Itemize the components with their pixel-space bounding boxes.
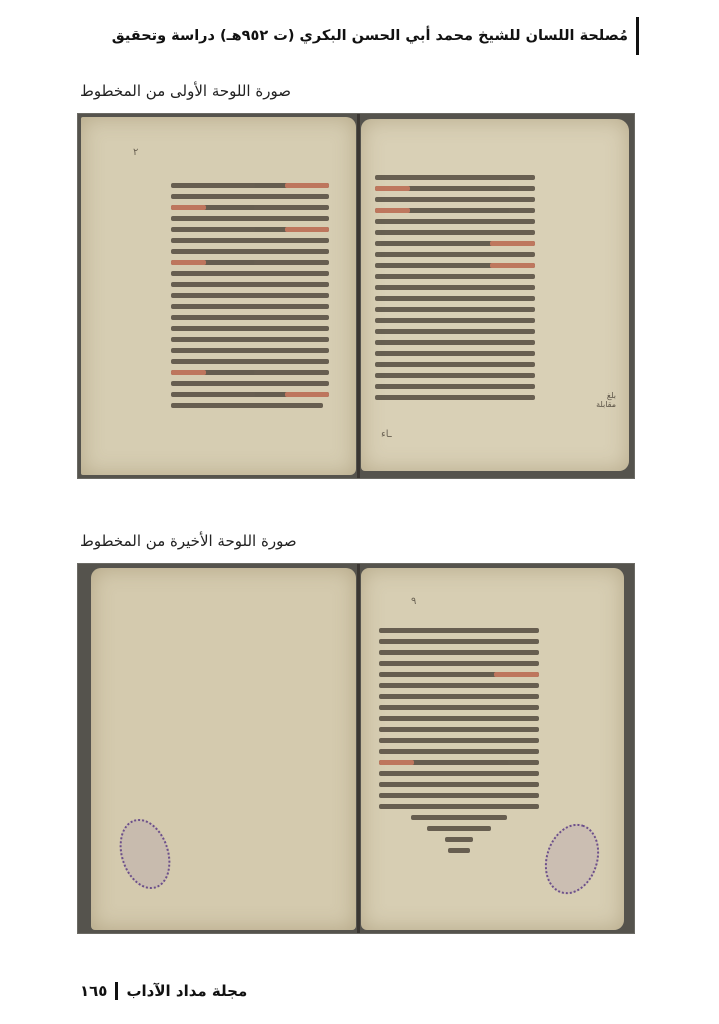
ownership-stamp — [536, 817, 608, 902]
figure-caption-first: صورة اللوحة الأولى من المخطوط — [80, 82, 291, 100]
article-title: مُصلحة اللسان للشيخ محمد أبي الحسن البكر… — [112, 28, 628, 44]
footer-rule — [115, 982, 118, 1000]
manuscript-colophon-text — [379, 628, 539, 853]
catchword: ـاء — [381, 429, 392, 440]
book-spine — [357, 114, 360, 479]
manuscript-page-left-blank — [91, 568, 356, 930]
manuscript-image-last-folio: ٩ — [77, 563, 635, 934]
journal-name: مجلة مداد الآداب — [126, 982, 247, 1000]
manuscript-page-right: ٩ — [361, 568, 624, 930]
folio-number: ٢ — [133, 147, 138, 158]
running-header: مُصلحة اللسان للشيخ محمد أبي الحسن البكر… — [112, 16, 639, 56]
figure-caption-last: صورة اللوحة الأخيرة من المخطوط — [80, 532, 297, 550]
header-rule — [636, 17, 639, 55]
manuscript-image-first-folio: ٢ — [77, 113, 635, 479]
manuscript-page-left: ٢ — [81, 117, 356, 475]
margin-note: بلغ مقابلة — [586, 391, 616, 409]
manuscript-text-block — [375, 175, 535, 400]
running-footer: مجلة مداد الآداب ١٦٥ — [80, 982, 247, 1000]
folio-number: ٩ — [411, 596, 416, 607]
ownership-stamp — [111, 812, 179, 895]
manuscript-text-block — [171, 183, 329, 408]
page-number: ١٦٥ — [80, 982, 107, 1000]
manuscript-page-right: بلغ مقابلة ـاء — [361, 119, 629, 471]
book-spine — [357, 564, 360, 934]
